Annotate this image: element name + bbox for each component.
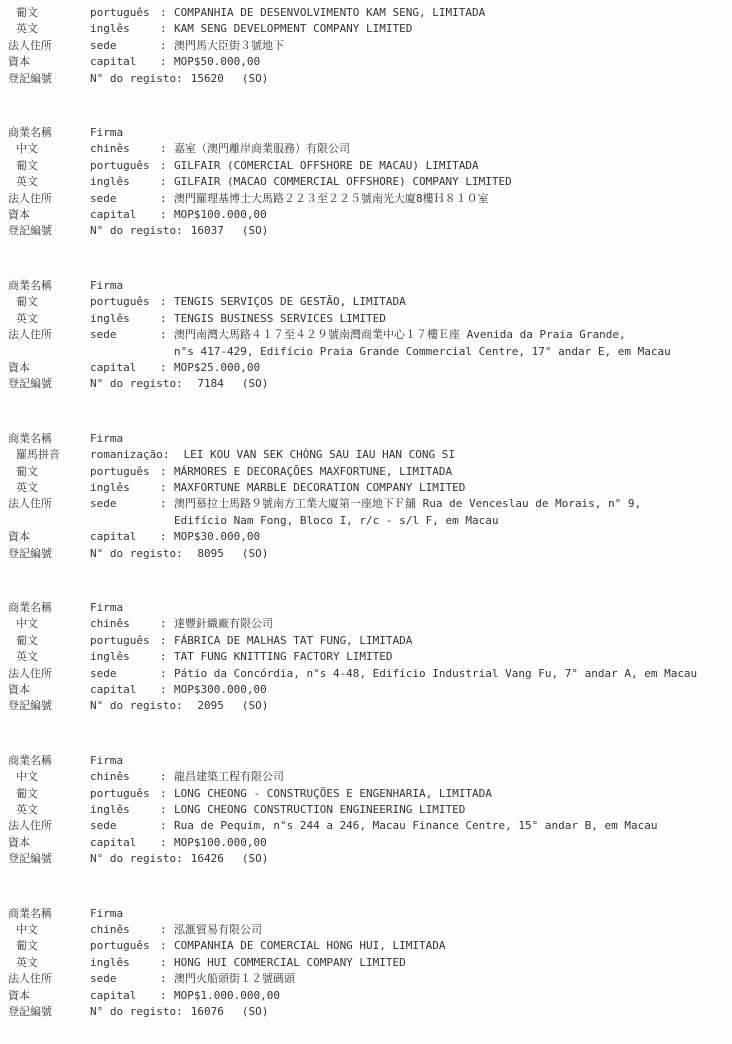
field-value: 澳門南灣大馬路４１７至４２９號南灣商業中心１７樓Ｅ座 Avenida da Pr… <box>174 327 728 343</box>
field-row: 資本capital:MOP$25.000,00 <box>8 360 728 376</box>
field-row: 法人住所sede:澳門火船頭街１２號碼頭 <box>8 971 728 987</box>
field-value: GILFAIR (COMERCIAL OFFSHORE DE MACAU) LI… <box>174 158 728 174</box>
field-label-zh: 葡文 <box>8 786 90 802</box>
field-value: 澳門火船頭街１２號碼頭 <box>174 971 728 987</box>
field-label-zh: 法人住所 <box>8 327 90 343</box>
field-value: COMPANHIA DE DESENVOLVIMENTO KAM SENG, L… <box>174 5 728 21</box>
field-row: 中文chinês:泓滙貿易有限公司 <box>8 922 728 938</box>
registry-entry: 商業名稱Firma中文chinês:嘉室（澳門離岸商業服務）有限公司葡文port… <box>8 125 728 240</box>
firma-label-pt: Firma <box>90 431 160 447</box>
field-row: 葡文português:COMPANHIA DE COMERCIAL HONG … <box>8 938 728 954</box>
field-label-zh: 羅馬拼音 <box>8 447 90 463</box>
field-label-pt: chinês <box>90 616 160 632</box>
registo-number: 16037 <box>183 223 224 239</box>
field-label-zh: 法人住所 <box>8 38 90 54</box>
field-label-zh: 葡文 <box>8 464 90 480</box>
colon: : <box>160 649 174 665</box>
field-label-pt: chinês <box>90 922 160 938</box>
field-label-pt: sede <box>90 191 160 207</box>
registo-number: 8095 <box>183 546 224 562</box>
colon: : <box>160 464 174 480</box>
field-row: 英文inglês:LONG CHEONG CONSTRUCTION ENGINE… <box>8 802 728 818</box>
registo-note: (SO) <box>224 546 269 562</box>
field-value: MÁRMORES E DECORAÇÕES MAXFORTUNE, LIMITA… <box>174 464 728 480</box>
field-label-pt: inglês <box>90 802 160 818</box>
colon: : <box>160 971 174 987</box>
field-value: MOP$25.000,00 <box>174 360 728 376</box>
field-row: 英文inglês:HONG HUI COMMERCIAL COMPANY LIM… <box>8 955 728 971</box>
field-row: 法人住所sede:澳門馬大臣街３號地下 <box>8 38 728 54</box>
colon: : <box>160 5 174 21</box>
field-label-zh: 英文 <box>8 955 90 971</box>
field-label-pt: português <box>90 5 160 21</box>
field-label-zh: 英文 <box>8 311 90 327</box>
registo-row: 登記編號N° do registo:15620(SO) <box>8 71 728 87</box>
field-value: MOP$1.000.000,00 <box>174 988 728 1004</box>
colon: : <box>160 769 174 785</box>
field-value-continuation: Edifício Nam Fong, Bloco I, r/c - s/l F,… <box>8 513 728 529</box>
field-value: HONG HUI COMMERCIAL COMPANY LIMITED <box>174 955 728 971</box>
registo-number: 2095 <box>183 698 224 714</box>
registo-label-pt: N° do registo: <box>90 698 183 714</box>
registo-label-zh: 登記編號 <box>8 1004 90 1020</box>
field-value-continuation: n°s 417-429, Edifício Praia Grande Comme… <box>8 344 728 360</box>
field-label-zh: 英文 <box>8 649 90 665</box>
field-value: MOP$100.000,00 <box>174 207 728 223</box>
colon: : <box>160 938 174 954</box>
field-value: FÁBRICA DE MALHAS TAT FUNG, LIMITADA <box>174 633 728 649</box>
field-label-pt: inglês <box>90 21 160 37</box>
field-label-zh: 葡文 <box>8 5 90 21</box>
entry-header-row: 商業名稱Firma <box>8 431 728 447</box>
registo-label-zh: 登記編號 <box>8 698 90 714</box>
field-row: 資本capital:MOP$100.000,00 <box>8 207 728 223</box>
field-label-pt: português <box>90 938 160 954</box>
firma-label-pt: Firma <box>90 753 160 769</box>
field-label-zh: 資本 <box>8 835 90 851</box>
field-label-zh: 中文 <box>8 616 90 632</box>
field-row: 葡文português:GILFAIR (COMERCIAL OFFSHORE … <box>8 158 728 174</box>
colon: : <box>160 21 174 37</box>
field-row: 英文inglês:KAM SENG DEVELOPMENT COMPANY LI… <box>8 21 728 37</box>
field-value: MOP$300.000,00 <box>174 682 728 698</box>
field-value: GILFAIR (MACAO COMMERCIAL OFFSHORE) COMP… <box>174 174 728 190</box>
registo-label-zh: 登記編號 <box>8 546 90 562</box>
field-row: 中文chinês:嘉室（澳門離岸商業服務）有限公司 <box>8 141 728 157</box>
registo-note: (SO) <box>224 376 269 392</box>
field-value: 澳門慕拉士馬路９號南方工業大廈第一座地下Ｆ舖 Rua de Venceslau … <box>174 496 728 512</box>
field-row: 羅馬拼音romanização:LEI KOU VAN SEK CHÒNG SA… <box>8 447 728 463</box>
colon: : <box>160 174 174 190</box>
colon: : <box>160 207 174 223</box>
field-row: 資本capital:MOP$1.000.000,00 <box>8 988 728 1004</box>
field-row: 葡文português:LONG CHEONG - CONSTRUÇÕES E … <box>8 786 728 802</box>
registo-number: 15620 <box>183 71 224 87</box>
registry-entry: 商業名稱Firma葡文português:TENGIS SERVIÇOS DE … <box>8 278 728 393</box>
field-label-pt: inglês <box>90 649 160 665</box>
registry-document-page: 葡文português:COMPANHIA DE DESENVOLVIMENTO… <box>0 0 732 1044</box>
field-label-zh: 葡文 <box>8 938 90 954</box>
colon: : <box>160 922 174 938</box>
colon: : <box>160 311 174 327</box>
colon: : <box>160 633 174 649</box>
field-value: 澳門羅理基博士大馬路２２３至２２５號南光大廈8樓Ｈ８１０室 <box>174 191 728 207</box>
registo-label-zh: 登記編號 <box>8 851 90 867</box>
field-row: 葡文português:FÁBRICA DE MALHAS TAT FUNG, … <box>8 633 728 649</box>
registo-label-zh: 登記編號 <box>8 71 90 87</box>
registry-entry: 商業名稱Firma中文chinês:龍昌建築工程有限公司葡文português:… <box>8 753 728 868</box>
colon: : <box>160 158 174 174</box>
field-label-zh: 法人住所 <box>8 191 90 207</box>
field-row: 法人住所sede:澳門羅理基博士大馬路２２３至２２５號南光大廈8樓Ｈ８１０室 <box>8 191 728 207</box>
registo-number: 16076 <box>183 1004 224 1020</box>
firma-label-pt: Firma <box>90 600 160 616</box>
field-label-zh: 法人住所 <box>8 971 90 987</box>
field-label-zh: 資本 <box>8 529 90 545</box>
registo-row: 登記編號N° do registo: 7184(SO) <box>8 376 728 392</box>
field-label-pt: inglês <box>90 955 160 971</box>
field-value: TAT FUNG KNITTING FACTORY LIMITED <box>174 649 728 665</box>
field-label-pt: português <box>90 294 160 310</box>
registo-row: 登記編號N° do registo: 2095(SO) <box>8 698 728 714</box>
field-value: TENGIS SERVIÇOS DE GESTÃO, LIMITADA <box>174 294 728 310</box>
field-row: 法人住所sede:澳門南灣大馬路４１７至４２９號南灣商業中心１７樓Ｅ座 Aven… <box>8 327 728 343</box>
field-label-pt: inglês <box>90 311 160 327</box>
field-label-pt: capital <box>90 988 160 1004</box>
registo-row: 登記編號N° do registo:16037(SO) <box>8 223 728 239</box>
field-label-pt: sede <box>90 971 160 987</box>
field-label-pt: sede <box>90 818 160 834</box>
registo-label-pt: N° do registo: <box>90 376 183 392</box>
field-label-pt: português <box>90 633 160 649</box>
field-label-zh: 英文 <box>8 480 90 496</box>
field-label-zh: 中文 <box>8 769 90 785</box>
field-label-zh: 中文 <box>8 922 90 938</box>
field-label-pt: capital <box>90 207 160 223</box>
colon: : <box>160 141 174 157</box>
entry-header-row: 商業名稱Firma <box>8 125 728 141</box>
firma-label-zh: 商業名稱 <box>8 278 90 294</box>
field-label-pt: sede <box>90 38 160 54</box>
registo-note: (SO) <box>224 698 269 714</box>
registry-entry: 葡文português:COMPANHIA DE DESENVOLVIMENTO… <box>8 5 728 87</box>
colon: : <box>160 802 174 818</box>
field-row: 英文inglês:MAXFORTUNE MARBLE DECORATION CO… <box>8 480 728 496</box>
field-value: LONG CHEONG - CONSTRUÇÕES E ENGENHARIA, … <box>174 786 728 802</box>
registo-note: (SO) <box>224 1004 269 1020</box>
field-label-zh: 法人住所 <box>8 666 90 682</box>
colon: : <box>160 682 174 698</box>
registo-label-pt: N° do registo: <box>90 851 183 867</box>
field-label-pt: capital <box>90 54 160 70</box>
entry-header-row: 商業名稱Firma <box>8 906 728 922</box>
registo-note: (SO) <box>224 223 269 239</box>
field-label-pt: português <box>90 464 160 480</box>
registry-entry: 商業名稱Firma羅馬拼音romanização:LEI KOU VAN SEK… <box>8 431 728 562</box>
field-label-pt: sede <box>90 666 160 682</box>
firma-label-pt: Firma <box>90 278 160 294</box>
field-row: 英文inglês:TAT FUNG KNITTING FACTORY LIMIT… <box>8 649 728 665</box>
colon: : <box>160 529 174 545</box>
field-value: 澳門馬大臣街３號地下 <box>174 38 728 54</box>
field-row: 英文inglês:GILFAIR (MACAO COMMERCIAL OFFSH… <box>8 174 728 190</box>
field-value: TENGIS BUSINESS SERVICES LIMITED <box>174 311 728 327</box>
firma-label-pt: Firma <box>90 906 160 922</box>
field-value: KAM SENG DEVELOPMENT COMPANY LIMITED <box>174 21 728 37</box>
field-row: 葡文português:MÁRMORES E DECORAÇÕES MAXFOR… <box>8 464 728 480</box>
field-label-pt: capital <box>90 682 160 698</box>
firma-label-zh: 商業名稱 <box>8 431 90 447</box>
field-row: 葡文português:COMPANHIA DE DESENVOLVIMENTO… <box>8 5 728 21</box>
colon: : <box>160 294 174 310</box>
registry-entry: 商業名稱Firma中文chinês:泓滙貿易有限公司葡文português:CO… <box>8 906 728 1021</box>
field-value: Rua de Pequim, n°s 244 a 246, Macau Fina… <box>174 818 728 834</box>
field-row: 資本capital:MOP$100.000,00 <box>8 835 728 851</box>
registo-note: (SO) <box>224 851 269 867</box>
colon: : <box>160 360 174 376</box>
field-row: 中文chinês:達豐針織廠有限公司 <box>8 616 728 632</box>
field-label-zh: 法人住所 <box>8 818 90 834</box>
field-row: 資本capital:MOP$30.000,00 <box>8 529 728 545</box>
field-value: MAXFORTUNE MARBLE DECORATION COMPANY LIM… <box>174 480 728 496</box>
colon: : <box>160 835 174 851</box>
field-label-pt: capital <box>90 529 160 545</box>
registo-label-pt: N° do registo: <box>90 71 183 87</box>
firma-label-zh: 商業名稱 <box>8 600 90 616</box>
field-value: 龍昌建築工程有限公司 <box>174 769 728 785</box>
field-row: 資本capital:MOP$300.000,00 <box>8 682 728 698</box>
registo-label-pt: N° do registo: <box>90 223 183 239</box>
colon: : <box>160 54 174 70</box>
field-value: MOP$50.000,00 <box>174 54 728 70</box>
field-label-pt: capital <box>90 360 160 376</box>
entry-header-row: 商業名稱Firma <box>8 600 728 616</box>
field-label-pt: chinês <box>90 141 160 157</box>
field-label-zh: 英文 <box>8 174 90 190</box>
firma-label-zh: 商業名稱 <box>8 906 90 922</box>
field-label-zh: 葡文 <box>8 294 90 310</box>
field-label-zh: 資本 <box>8 988 90 1004</box>
field-label-pt: sede <box>90 496 160 512</box>
field-label-pt: inglês <box>90 174 160 190</box>
field-value: 嘉室（澳門離岸商業服務）有限公司 <box>174 141 728 157</box>
entry-header-row: 商業名稱Firma <box>8 753 728 769</box>
field-label-zh: 資本 <box>8 360 90 376</box>
entry-header-row: 商業名稱Firma <box>8 278 728 294</box>
field-row: 葡文português:TENGIS SERVIÇOS DE GESTÃO, L… <box>8 294 728 310</box>
registo-number: 7184 <box>183 376 224 392</box>
field-label-zh: 法人住所 <box>8 496 90 512</box>
colon: : <box>160 327 174 343</box>
colon: : <box>160 988 174 1004</box>
field-row: 資本capital:MOP$50.000,00 <box>8 54 728 70</box>
registo-label-pt: N° do registo: <box>90 546 183 562</box>
registo-label-pt: N° do registo: <box>90 1004 183 1020</box>
field-label-zh: 中文 <box>8 141 90 157</box>
registo-note: (SO) <box>224 71 269 87</box>
colon: : <box>160 616 174 632</box>
field-label-zh: 資本 <box>8 54 90 70</box>
registo-row: 登記編號N° do registo: 8095(SO) <box>8 546 728 562</box>
colon: : <box>160 191 174 207</box>
field-value: MOP$100.000,00 <box>174 835 728 851</box>
field-label-zh: 英文 <box>8 21 90 37</box>
field-label-pt: inglês <box>90 480 160 496</box>
registo-label-zh: 登記編號 <box>8 376 90 392</box>
field-label-pt: capital <box>90 835 160 851</box>
field-label-zh: 葡文 <box>8 158 90 174</box>
field-label-zh: 葡文 <box>8 633 90 649</box>
firma-label-zh: 商業名稱 <box>8 125 90 141</box>
colon: : <box>160 955 174 971</box>
field-value: LONG CHEONG CONSTRUCTION ENGINEERING LIM… <box>174 802 728 818</box>
registo-row: 登記編號N° do registo:16076(SO) <box>8 1004 728 1020</box>
registo-label-zh: 登記編號 <box>8 223 90 239</box>
colon: : <box>160 38 174 54</box>
field-row: 中文chinês:龍昌建築工程有限公司 <box>8 769 728 785</box>
field-row: 法人住所sede:Pátio da Concórdia, n°s 4-48, E… <box>8 666 728 682</box>
field-value: LEI KOU VAN SEK CHÒNG SAU IAU HAN CONG S… <box>183 447 728 463</box>
field-value: 達豐針織廠有限公司 <box>174 616 728 632</box>
field-row: 英文inglês:TENGIS BUSINESS SERVICES LIMITE… <box>8 311 728 327</box>
field-value: COMPANHIA DE COMERCIAL HONG HUI, LIMITAD… <box>174 938 728 954</box>
field-value: Pátio da Concórdia, n°s 4-48, Edifício I… <box>174 666 728 682</box>
field-value: 泓滙貿易有限公司 <box>174 922 728 938</box>
colon: : <box>160 666 174 682</box>
field-row: 法人住所sede:Rua de Pequim, n°s 244 a 246, M… <box>8 818 728 834</box>
field-label-zh: 英文 <box>8 802 90 818</box>
field-label-pt: romanização: <box>90 447 169 463</box>
field-row: 法人住所sede:澳門慕拉士馬路９號南方工業大廈第一座地下Ｆ舖 Rua de V… <box>8 496 728 512</box>
field-label-pt: chinês <box>90 769 160 785</box>
firma-label-zh: 商業名稱 <box>8 753 90 769</box>
field-label-zh: 資本 <box>8 682 90 698</box>
colon: : <box>160 786 174 802</box>
field-label-pt: português <box>90 158 160 174</box>
registry-entry: 商業名稱Firma中文chinês:達豐針織廠有限公司葡文português:F… <box>8 600 728 715</box>
registo-row: 登記編號N° do registo:16426(SO) <box>8 851 728 867</box>
field-label-zh: 資本 <box>8 207 90 223</box>
field-value: MOP$30.000,00 <box>174 529 728 545</box>
colon: : <box>160 496 174 512</box>
colon: : <box>160 480 174 496</box>
field-label-pt: sede <box>90 327 160 343</box>
firma-label-pt: Firma <box>90 125 160 141</box>
field-label-pt: português <box>90 786 160 802</box>
registo-number: 16426 <box>183 851 224 867</box>
colon: : <box>160 818 174 834</box>
